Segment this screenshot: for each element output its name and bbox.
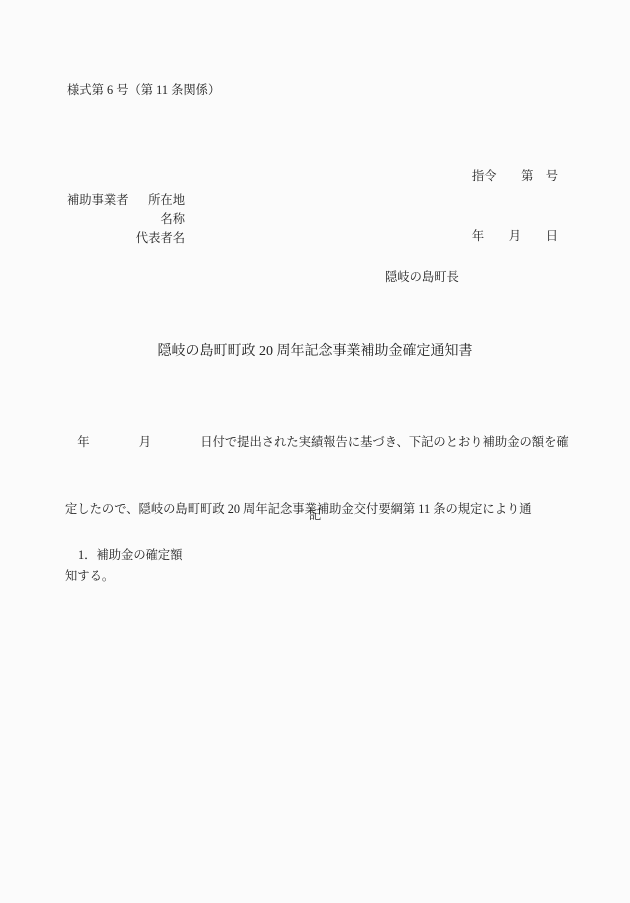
header-right-block: 指令 第 号 年 月 日 <box>472 126 558 286</box>
issuer-title: 隠岐の島町長 <box>385 269 459 286</box>
recipient-name-label: 名称 <box>67 210 185 229</box>
form-number: 様式第 6 号（第 11 条関係） <box>67 82 220 99</box>
body-line-3: 知する。 <box>65 565 569 587</box>
recipient-row-address: 補助事業者 所在地 <box>67 191 185 210</box>
date-line: 年 月 日 <box>472 226 558 246</box>
record-heading: 記 <box>0 507 630 524</box>
section-item-1: 1．補助金の確定額 <box>78 547 183 564</box>
recipient-block: 補助事業者 所在地 名称 代表者名 <box>67 191 185 248</box>
document-title: 隠岐の島町町政 20 周年記念事業補助金確定通知書 <box>0 343 630 362</box>
recipient-entity-label: 補助事業者 <box>67 191 129 210</box>
recipient-representative-label: 代表者名 <box>67 229 185 248</box>
directive-number-line: 指令 第 号 <box>472 166 558 186</box>
body-line-1: 年 月 日付で提出された実績報告に基づき、下記のとおり補助金の額を確 <box>65 431 569 453</box>
document-page: 様式第 6 号（第 11 条関係） 指令 第 号 年 月 日 補助事業者 所在地… <box>0 0 630 903</box>
recipient-address-label: 所在地 <box>148 191 185 210</box>
